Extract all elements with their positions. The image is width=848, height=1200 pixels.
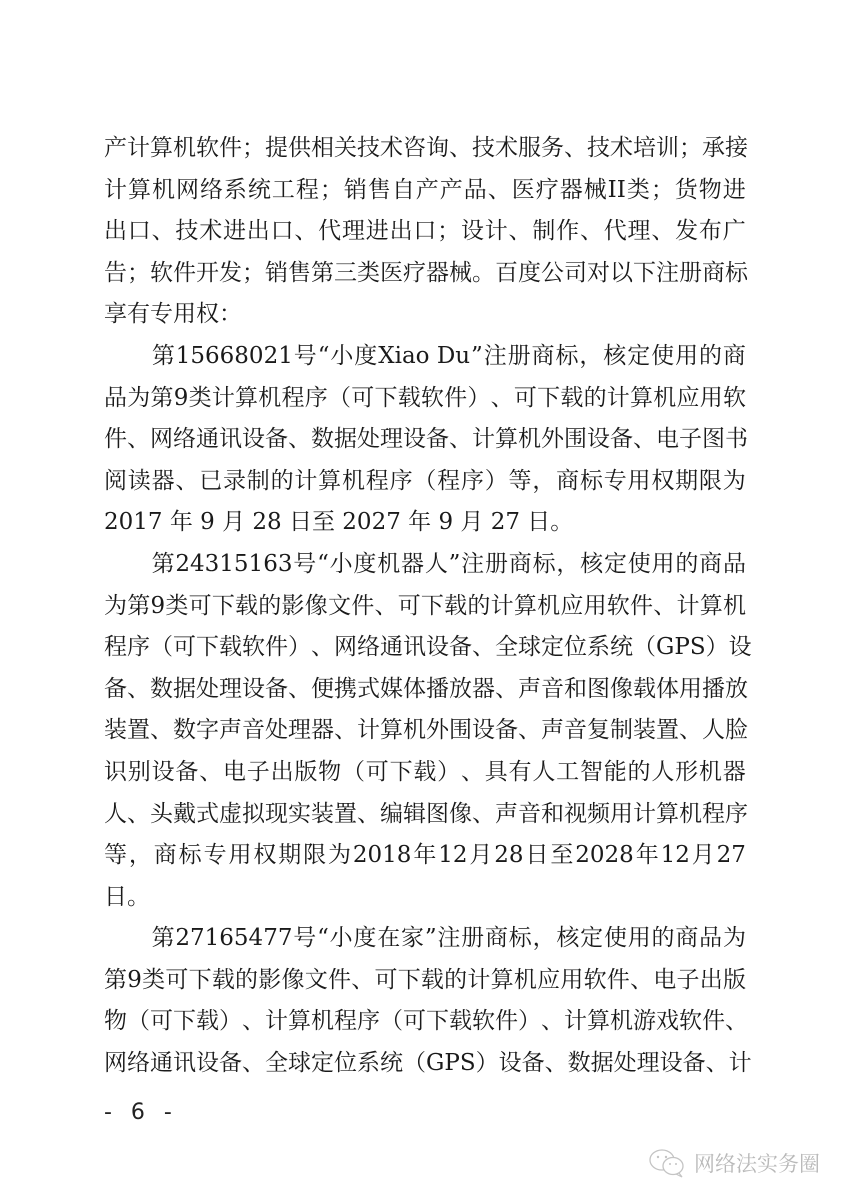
text-line: 第15668021号“小度Xiao Du”注册商标，核定使用的商 [104,336,746,378]
text-line: 阅读器、已录制的计算机程序（程序）等，商标专用权期限为 [104,461,746,503]
text-line: 识别设备、电子出版物（可下载）、具有人工智能的人形机器 [104,752,746,794]
text-line: 人、头戴式虚拟现实装置、编辑图像、声音和视频用计算机程序 [104,794,746,836]
text-line: 第27165477号“小度在家”注册商标，核定使用的商品为 [104,918,746,960]
text-line: 告；软件开发；销售第三类医疗器械。百度公司对以下注册商标 [104,253,746,295]
wechat-icon [648,1148,686,1178]
watermark: 网络法实务圈 [648,1148,820,1178]
text-line: 程序（可下载软件）、网络通讯设备、全球定位系统（GPS）设 [104,627,746,669]
text-line: 物（可下载）、计算机程序（可下载软件）、计算机游戏软件、 [104,1001,746,1043]
page-number: - 6 - [104,1100,178,1125]
text-line: 2017 年 9 月 28 日至 2027 年 9 月 27 日。 [104,502,746,544]
text-line: 装置、数字声音处理器、计算机外围设备、声音复制装置、人脸 [104,710,746,752]
text-line: 等，商标专用权期限为2018年12月28日至2028年12月27 [104,835,746,877]
text-line: 出口、技术进出口、代理进出口；设计、制作、代理、发布广 [104,211,746,253]
text-line: 网络通讯设备、全球定位系统（GPS）设备、数据处理设备、计 [104,1043,746,1085]
text-line: 计算机网络系统工程；销售自产产品、医疗器械II类；货物进 [104,170,746,212]
text-line: 日。 [104,877,746,919]
text-line: 产计算机软件；提供相关技术咨询、技术服务、技术培训；承接 [104,128,746,170]
text-line: 第24315163号“小度机器人”注册商标，核定使用的商品 [104,544,746,586]
document-body: 产计算机软件；提供相关技术咨询、技术服务、技术培训；承接计算机网络系统工程；销售… [104,128,746,1085]
text-line: 备、数据处理设备、便携式媒体播放器、声音和图像载体用播放 [104,669,746,711]
document-page: 产计算机软件；提供相关技术咨询、技术服务、技术培训；承接计算机网络系统工程；销售… [0,0,848,1200]
text-line: 为第9类可下载的影像文件、可下载的计算机应用软件、计算机 [104,586,746,628]
text-line: 件、网络通讯设备、数据处理设备、计算机外围设备、电子图书 [104,419,746,461]
text-line: 第9类可下载的影像文件、可下载的计算机应用软件、电子出版 [104,960,746,1002]
text-line: 品为第9类计算机程序（可下载软件）、可下载的计算机应用软 [104,378,746,420]
text-line: 享有专用权： [104,294,746,336]
watermark-label: 网络法实务圈 [694,1148,820,1178]
